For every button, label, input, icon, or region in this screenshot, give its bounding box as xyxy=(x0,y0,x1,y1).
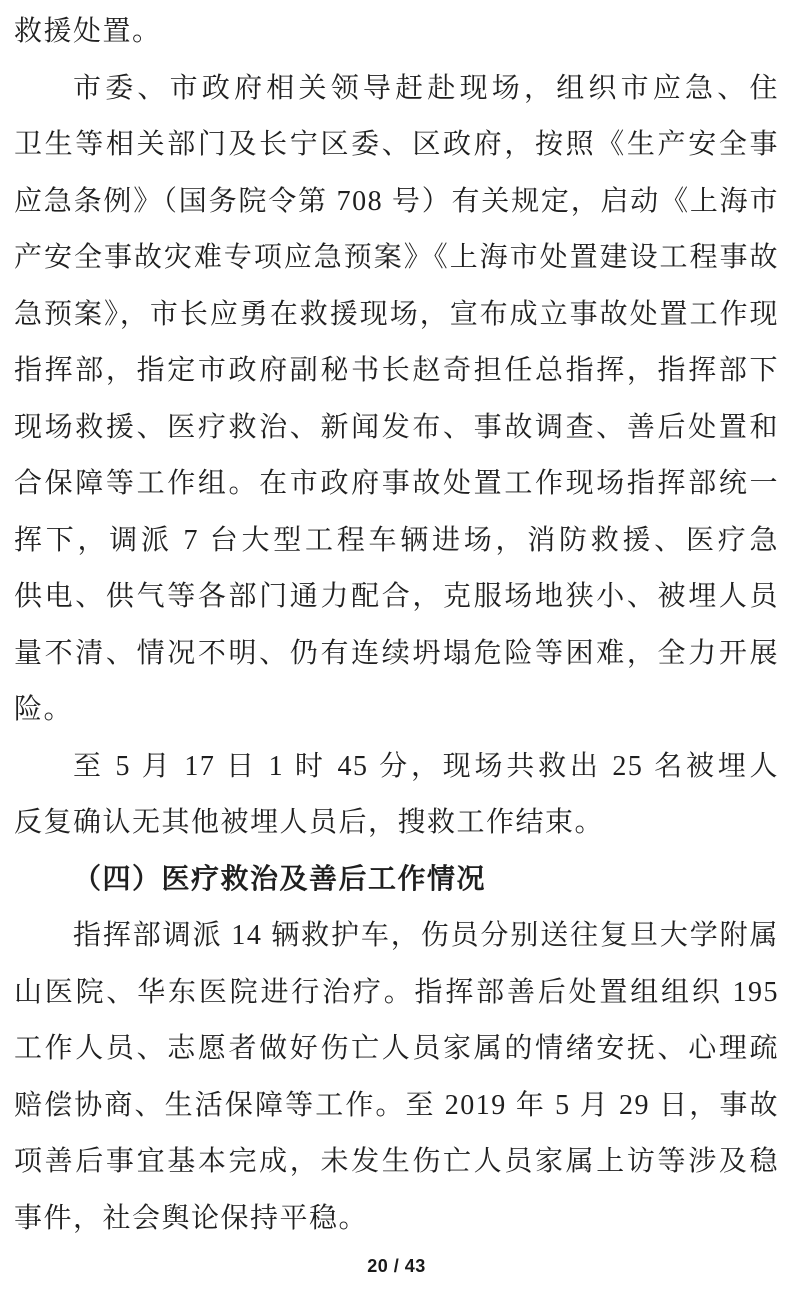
text-line: 量不清、情况不明、仍有连续坍塌危险等困难，全力开展抢 xyxy=(14,626,779,683)
text-line: 合保障等工作组。在市政府事故处置工作现场指挥部统一指 xyxy=(14,456,779,513)
text-line: 挥下，调派 7 台大型工程车辆进场，消防救援、医疗急救、 xyxy=(14,513,779,570)
text-line: 项善后事宜基本完成，未发生伤亡人员家属上访等涉及稳定 xyxy=(14,1134,779,1191)
text-line: 现场救援、医疗救治、新闻发布、事故调查、善后处置和综 xyxy=(14,400,779,457)
text-line: 卫生等相关部门及长宁区委、区政府，按照《生产安全事故 xyxy=(14,117,779,174)
text-line: 急预案》，市长应勇在救援现场，宣布成立事故处置工作现场 xyxy=(14,287,779,344)
text-line: 供电、供气等各部门通力配合，克服场地狭小、被埋人员数 xyxy=(14,569,779,626)
text-line: 工作人员、志愿者做好伤亡人员家属的情绪安抚、心理疏导、 xyxy=(14,1021,779,1078)
document-body: 救援处置。市委、市政府相关领导赶赴现场，组织市应急、住建、卫生等相关部门及长宁区… xyxy=(0,0,793,1247)
text-line: 救援处置。 xyxy=(14,4,779,61)
text-line: 险。 xyxy=(14,682,779,739)
text-line: 至 5 月 17 日 1 时 45 分，现场共救出 25 名被埋人员，经 xyxy=(14,739,779,796)
text-line: 事件，社会舆论保持平稳。 xyxy=(14,1191,779,1248)
text-line: 产安全事故灾难专项应急预案》《上海市处置建设工程事故应 xyxy=(14,230,779,287)
text-line: 应急条例》（国务院令第 708 号）有关规定，启动《上海市生 xyxy=(14,174,779,231)
text-line: 指挥部调派 14 辆救护车，伤员分别送往复旦大学附属华 xyxy=(14,908,779,965)
text-line: 山医院、华东医院进行治疗。指挥部善后处置组组织 195 名 xyxy=(14,965,779,1022)
text-line: 赔偿协商、生活保障等工作。至 2019 年 5 月 29 日，事故各 xyxy=(14,1078,779,1135)
text-line: 市委、市政府相关领导赶赴现场，组织市应急、住建、 xyxy=(14,61,779,118)
text-line: 反复确认无其他被埋人员后，搜救工作结束。 xyxy=(14,795,779,852)
section-heading: （四）医疗救治及善后工作情况 xyxy=(14,852,779,909)
document-page: 救援处置。市委、市政府相关领导赶赴现场，组织市应急、住建、卫生等相关部门及长宁区… xyxy=(0,0,793,1303)
text-line: 指挥部，指定市政府副秘书长赵奇担任总指挥，指挥部下设 xyxy=(14,343,779,400)
page-number: 20 / 43 xyxy=(0,1256,793,1277)
